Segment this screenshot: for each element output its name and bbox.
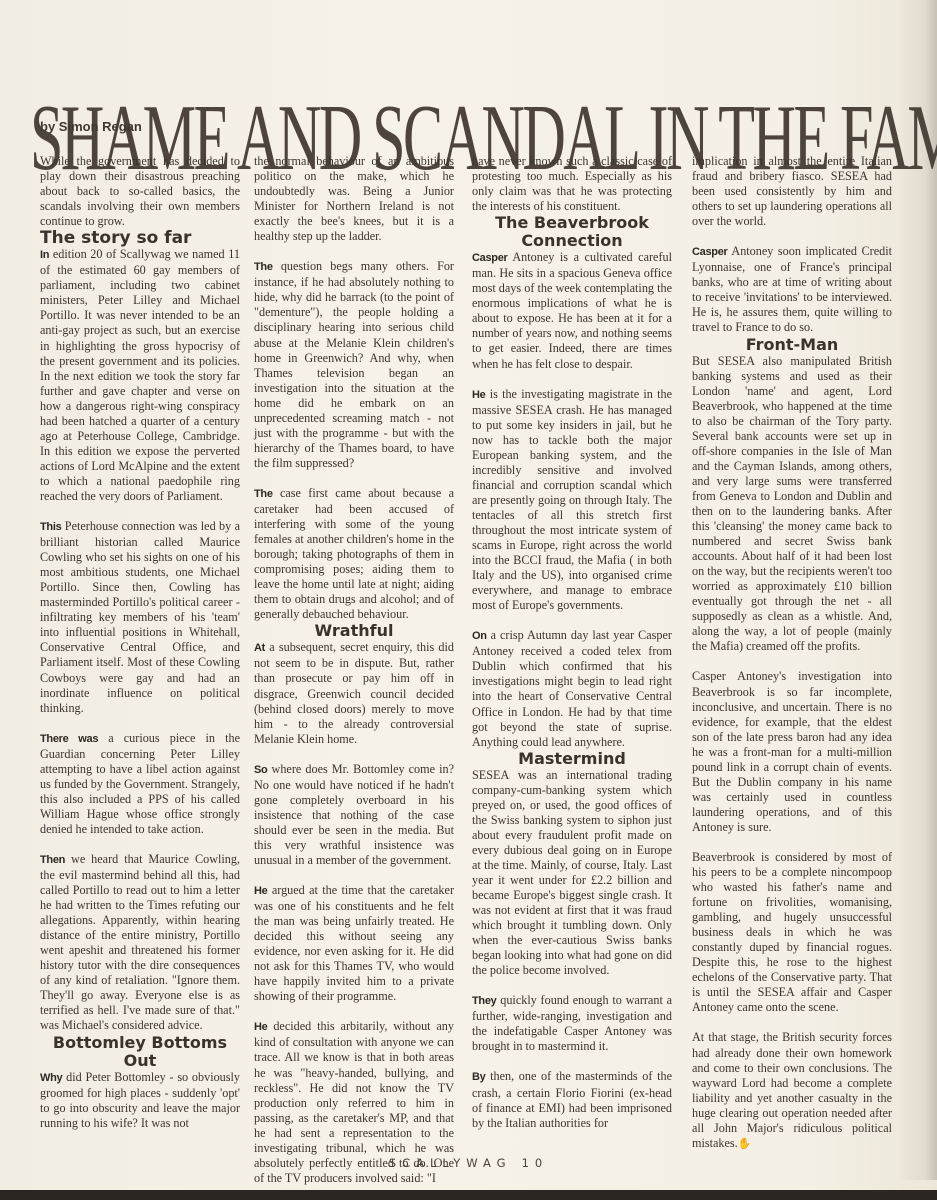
section-heading: The Beaverbrook Connection — [472, 214, 672, 250]
paragraph-text: At that stage, the British security forc… — [692, 1030, 892, 1149]
paragraph-text: Antoney is a cultivated careful man. He … — [472, 250, 672, 370]
paragraph-text: a crisp Autumn day last year Casper Anto… — [472, 628, 672, 748]
article-paragraph: But SESEA also manipulated British banki… — [692, 354, 892, 655]
article-paragraph: They quickly found enough to warrant a f… — [472, 993, 672, 1054]
article-paragraph: the normal behaviour of an ambitious pol… — [254, 154, 454, 244]
article-paragraph: Casper Antoney soon implicated Credit Ly… — [692, 244, 892, 335]
article-paragraph: Casper Antoney's investigation into Beav… — [692, 669, 892, 835]
paragraph-text: argued at the time that the caretaker wa… — [254, 883, 454, 1003]
paragraph-text: Peterhouse connection was led by a brill… — [40, 519, 240, 715]
paragraph-text: the normal behaviour of an ambitious pol… — [254, 154, 454, 243]
paragraph-lead-in: Then — [40, 854, 65, 866]
scan-bottom-edge — [0, 1190, 937, 1200]
article-paragraph: In edition 20 of Scallywag we named 11 o… — [40, 247, 240, 504]
article-paragraph: On a crisp Autumn day last year Casper A… — [472, 628, 672, 749]
paragraph-lead-in: There was — [40, 733, 98, 745]
paragraph-lead-in: The — [254, 488, 273, 500]
publication-name: SCALLYWAG — [389, 1156, 512, 1170]
paragraph-lead-in: So — [254, 764, 267, 776]
paragraph-text: While the government has decided to play… — [40, 154, 240, 228]
article-paragraph: This Peterhouse connection was led by a … — [40, 519, 240, 716]
article-paragraph: He is the investigating magistrate in th… — [472, 387, 672, 614]
article-paragraph: While the government has decided to play… — [40, 154, 240, 229]
column-3: have never known such a classic case of … — [472, 154, 672, 1146]
article-paragraph: The question begs many others. For insta… — [254, 259, 454, 471]
section-heading: Front-Man — [692, 336, 892, 354]
column-1: While the government has decided to play… — [40, 154, 240, 1146]
paragraph-text: is the investigating magistrate in the m… — [472, 387, 672, 613]
paragraph-text: then, one of the masterminds of the cras… — [472, 1069, 672, 1129]
article-paragraph: implication in almost the entire Italian… — [692, 154, 892, 229]
section-heading: The story so far — [40, 229, 240, 247]
paragraph-lead-in: Casper — [692, 246, 728, 258]
paragraph-lead-in: He — [254, 1021, 267, 1033]
paragraph-lead-in: Casper — [472, 252, 508, 264]
paragraph-text: Casper Antoney's investigation into Beav… — [692, 669, 892, 833]
article-paragraph: Casper Antoney is a cultivated careful m… — [472, 250, 672, 371]
article-paragraph: So where does Mr. Bottomley come in? No … — [254, 762, 454, 868]
section-heading: Bottomley Bottoms Out — [40, 1034, 240, 1070]
column-4: implication in almost the entire Italian… — [692, 154, 892, 1167]
paragraph-text: where does Mr. Bottomley come in? No one… — [254, 762, 454, 867]
column-2: the normal behaviour of an ambitious pol… — [254, 154, 454, 1200]
section-heading: Mastermind — [472, 750, 672, 768]
article-paragraph: By then, one of the masterminds of the c… — [472, 1069, 672, 1130]
paragraph-lead-in: In — [40, 249, 49, 261]
article-paragraph: There was a curious piece in the Guardia… — [40, 731, 240, 837]
paragraph-text: a subsequent, secret enquiry, this did n… — [254, 640, 454, 745]
paragraph-lead-in: He — [254, 885, 267, 897]
paragraph-text: have never known such a classic case of … — [472, 154, 672, 213]
paragraph-lead-in: At — [254, 642, 265, 654]
article-paragraph: Why did Peter Bottomley - so obviously g… — [40, 1070, 240, 1131]
paragraph-text: edition 20 of Scallywag we named 11 of t… — [40, 247, 240, 503]
paragraph-lead-in: They — [472, 995, 496, 1007]
paragraph-text: SESEA was an international trading compa… — [472, 768, 672, 978]
article-paragraph: At a subsequent, secret enquiry, this di… — [254, 640, 454, 746]
paragraph-lead-in: The — [254, 261, 273, 273]
paragraph-lead-in: This — [40, 521, 61, 533]
paragraph-lead-in: He — [472, 389, 485, 401]
paragraph-text: quickly found enough to warrant a furthe… — [472, 993, 672, 1053]
paragraph-text: question begs many others. For instance,… — [254, 259, 454, 470]
paragraph-text: did Peter Bottomley - so obviously groom… — [40, 1070, 240, 1130]
paragraph-lead-in: Why — [40, 1072, 62, 1084]
paragraph-lead-in: By — [472, 1071, 485, 1083]
byline: by Simon Regan — [40, 119, 142, 134]
paragraph-text: case first came about because a caretake… — [254, 486, 454, 621]
page-footer: SCALLYWAG10 — [0, 1156, 937, 1170]
article-paragraph: Beaverbrook is considered by most of his… — [692, 850, 892, 1016]
article-paragraph: He argued at the time that the caretaker… — [254, 883, 454, 1004]
article-paragraph: At that stage, the British security forc… — [692, 1030, 892, 1151]
article-paragraph: Then we heard that Maurice Cowling, the … — [40, 852, 240, 1034]
paragraph-text: we heard that Maurice Cowling, the evil … — [40, 852, 240, 1033]
paragraph-text: a curious piece in the Guardian concerni… — [40, 731, 240, 836]
paragraph-text: Beaverbrook is considered by most of his… — [692, 850, 892, 1014]
paragraph-text: But SESEA also manipulated British banki… — [692, 354, 892, 654]
article-paragraph: have never known such a classic case of … — [472, 154, 672, 214]
magazine-page: SHAME AND SCANDAL IN THE FAMILY by Simon… — [0, 0, 937, 1200]
article-paragraph: SESEA was an international trading compa… — [472, 768, 672, 979]
paragraph-text: implication in almost the entire Italian… — [692, 154, 892, 228]
page-number: 10 — [522, 1156, 549, 1170]
article-paragraph: The case first came about because a care… — [254, 486, 454, 622]
section-heading: Wrathful — [254, 622, 454, 640]
paragraph-lead-in: On — [472, 630, 487, 642]
end-mark-hand-icon: ✋ — [738, 1138, 752, 1150]
